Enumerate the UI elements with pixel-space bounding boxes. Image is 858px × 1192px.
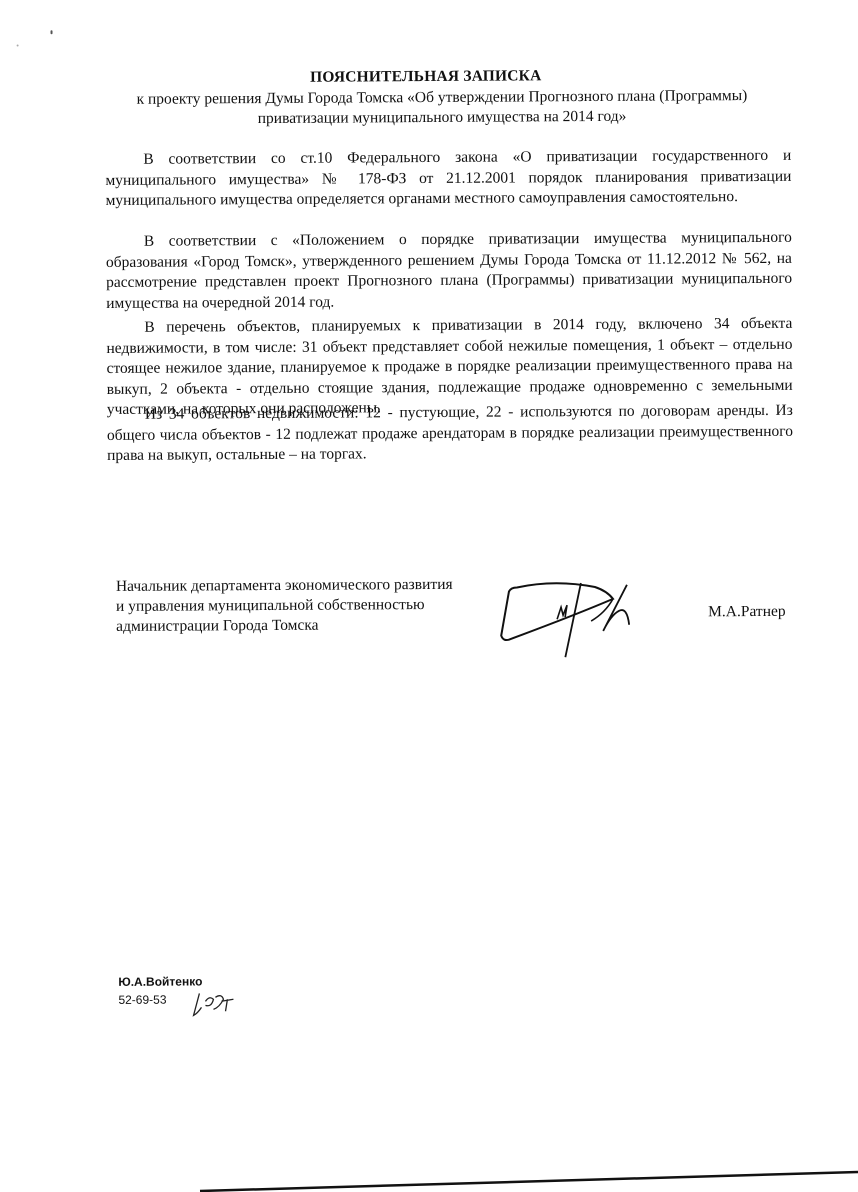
paragraph-1: В соответствии со ст.10 Федерального зак… — [105, 146, 791, 212]
scan-speck — [17, 45, 19, 47]
position-line-2: и управления муниципальной собственность… — [116, 595, 453, 617]
signatory-name: М.А.Ратнер — [708, 603, 786, 621]
signature-icon — [495, 577, 645, 660]
subtitle-line-1: к проекту решения Думы Города Томска «Об… — [97, 86, 787, 110]
paragraph-text: В соответствии с «Положением о порядке п… — [106, 228, 792, 314]
signatory-position: Начальник департамента экономического ра… — [116, 575, 453, 637]
paragraph-text: Из 34 объектов недвижимости: 12 - пустую… — [107, 401, 793, 467]
document-title: ПОЯСНИТЕЛЬНАЯ ЗАПИСКА — [0, 65, 855, 88]
document-page: ПОЯСНИТЕЛЬНАЯ ЗАПИСКА к проекту решения … — [0, 0, 858, 1192]
paragraph-text: В соответствии со ст.10 Федерального зак… — [105, 146, 791, 212]
scan-speck — [51, 30, 53, 34]
position-line-3: администрации Города Томска — [116, 615, 453, 637]
subtitle-line-2: приватизации муниципального имущества на… — [97, 106, 787, 130]
initials-signature-icon — [191, 989, 235, 1019]
position-line-1: Начальник департамента экономического ра… — [116, 575, 453, 597]
executor-name: Ю.А.Войтенко — [118, 972, 202, 991]
executor-block: Ю.А.Войтенко 52-69-53 — [118, 972, 202, 1009]
paragraph-2: В соответствии с «Положением о порядке п… — [106, 228, 792, 314]
paragraph-4: Из 34 объектов недвижимости: 12 - пустую… — [107, 401, 793, 467]
document-subtitle: к проекту решения Думы Города Томска «Об… — [97, 86, 787, 130]
executor-phone: 52-69-53 — [118, 990, 202, 1009]
